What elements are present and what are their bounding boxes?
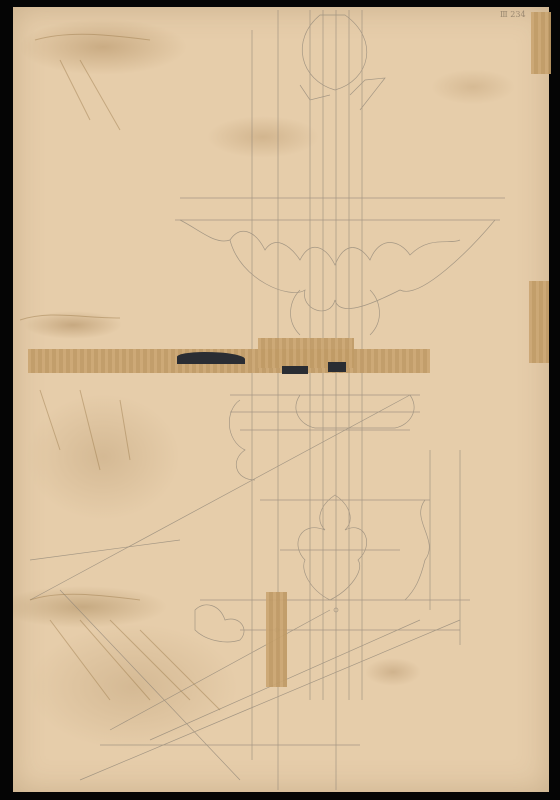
tape-right-middle [529,281,549,363]
paper-loss-3 [328,362,346,372]
tape-right-top [531,12,551,74]
paper-loss-2 [282,366,308,374]
inventory-mark: Ⅲ 234 [500,10,526,19]
tape-vertical-lower [266,592,287,687]
paper-loss-1 [177,352,245,364]
